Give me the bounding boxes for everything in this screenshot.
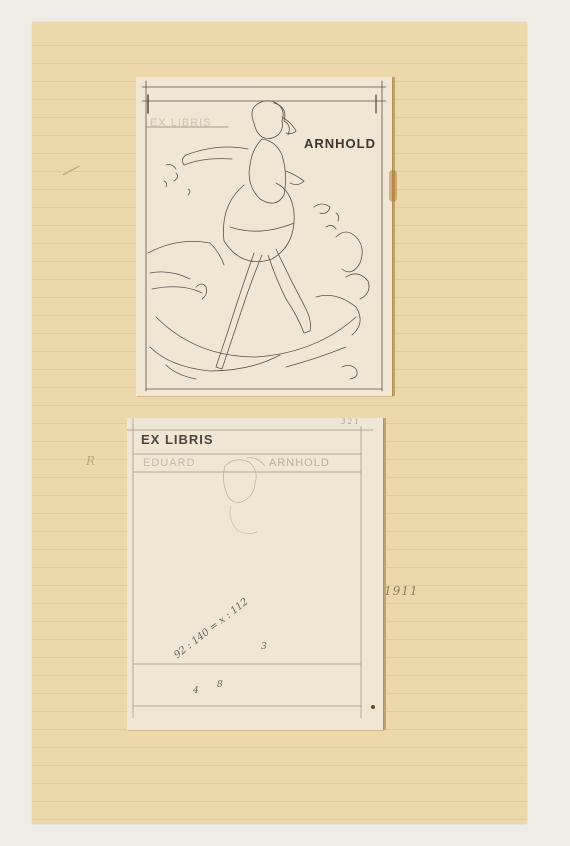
calc-subscript-8: 8 [217, 680, 223, 690]
sketch-bottom-card: EX LIBRIS EDUARD ARNHOLD 3 2 1 92 : 140 … [127, 418, 383, 730]
pencil-mark-top-left: / [62, 158, 81, 182]
ex-libris-header: EX LIBRIS [141, 432, 214, 447]
foxing-stain [389, 170, 397, 202]
pencil-mark-r: R [86, 454, 95, 468]
faint-ex-libris-text: EX LIBRIS [150, 117, 212, 129]
sketch-top-card: EX LIBRIS ARNHOLD [136, 77, 392, 396]
date-annotation: 1911 [384, 584, 419, 598]
eduard-name: EDUARD [143, 457, 195, 469]
arnhold-name-label: ARNHOLD [302, 136, 378, 151]
corner-note: 3 2 1 [341, 418, 359, 426]
calc-subscript-4: 4 [193, 686, 199, 696]
arnhold-name: ARNHOLD [269, 457, 330, 469]
calc-subscript-3: 3 [261, 642, 267, 652]
